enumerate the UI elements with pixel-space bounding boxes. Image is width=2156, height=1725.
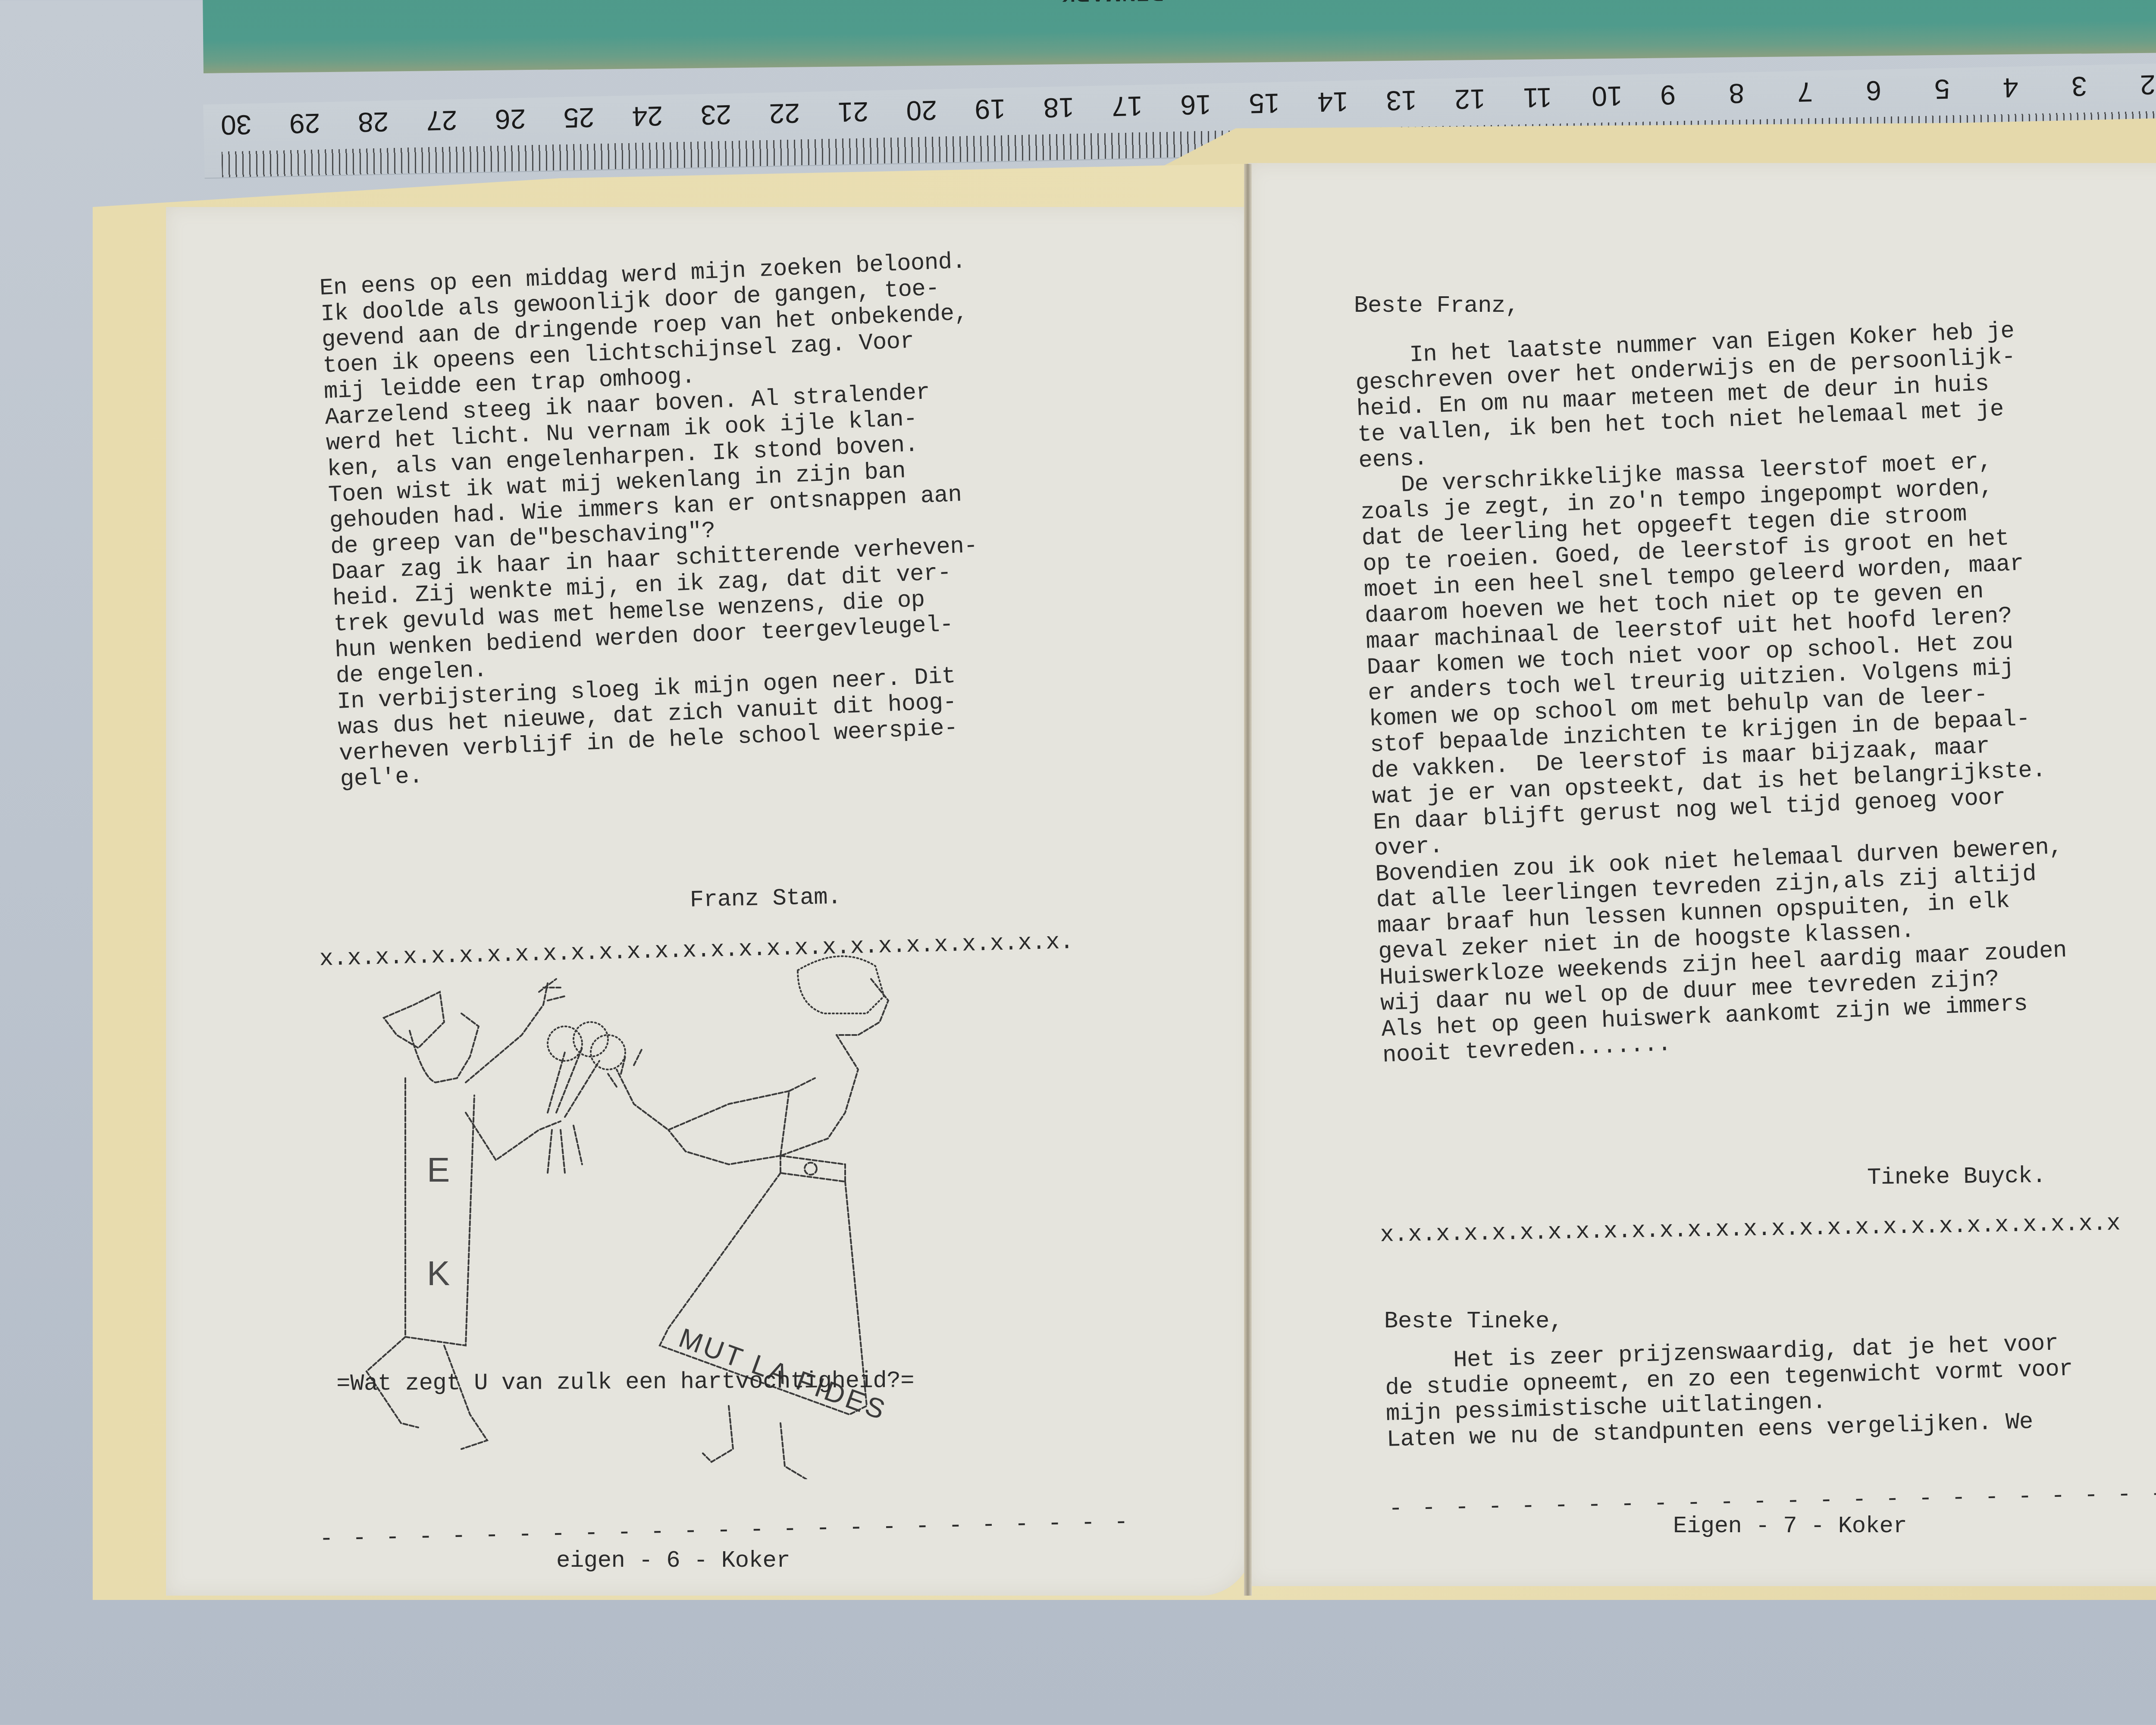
ruler-number: 15 <box>1249 87 1280 119</box>
right-page-signature: Tineke Buyck. <box>1867 1164 2046 1191</box>
svg-text:K: K <box>427 1254 450 1292</box>
right-page-footer: Eigen - 7 - Koker <box>1673 1514 1907 1540</box>
ruler-number: 23 <box>700 99 732 131</box>
ruler-number: 19 <box>975 93 1006 125</box>
ruler-number: 5 <box>1934 73 1950 106</box>
ruler-number: 30 <box>220 109 252 141</box>
ruler-number: 2 <box>2140 69 2156 101</box>
ruler-number: 18 <box>1043 91 1075 124</box>
ruler-brand-text: DENMARK <box>1061 0 1164 6</box>
svg-text:E: E <box>427 1151 450 1189</box>
ruler-number: 13 <box>1386 84 1417 116</box>
ruler-number: 16 <box>1180 88 1212 121</box>
ruler-number: 26 <box>495 103 526 135</box>
ruler-number: 28 <box>357 106 389 138</box>
ruler-number: 3 <box>2071 70 2087 103</box>
left-page-body: En eens op een middag werd mijn zoeken b… <box>319 249 987 793</box>
ruler-number: 21 <box>837 96 869 128</box>
ruler-number: 25 <box>563 101 595 134</box>
ruler-number: 11 <box>1523 82 1552 114</box>
ruler-number: 8 <box>1729 78 1745 110</box>
ruler-number: 12 <box>1454 83 1486 115</box>
ruler-number: 20 <box>906 94 937 127</box>
ruler-number: 10 <box>1592 80 1623 112</box>
ruler-number: 9 <box>1660 79 1676 111</box>
cartoon-illustration: E K MUT LA FIDES <box>358 949 1069 1479</box>
illustration-caption: =Wat zegt U van zulk een hartvochtigheid… <box>336 1368 914 1397</box>
right-page-greeting: Beste Franz, <box>1354 293 1519 319</box>
right-page-body: In het laatste nummer van Eigen Koker he… <box>1354 317 2070 1069</box>
ruler-number: 22 <box>769 97 800 129</box>
ruler-number: 14 <box>1317 86 1349 118</box>
ruler-number: 17 <box>1112 90 1143 122</box>
ruler-number: 24 <box>632 100 663 132</box>
ruler-number: 4 <box>2002 72 2018 104</box>
ruler-number: 27 <box>426 104 458 137</box>
booklet-gutter <box>1244 164 1252 1596</box>
left-page-signature: Franz Stam. <box>689 884 841 913</box>
ruler-number: 29 <box>289 107 320 140</box>
left-page-footer: eigen - 6 - Koker <box>556 1548 790 1574</box>
ruler-number: 7 <box>1797 76 1813 108</box>
ruler-green-band: DENMARK <box>203 0 2156 73</box>
ruler-number: 6 <box>1865 75 1881 107</box>
right-page-second-body: Het is zeer prijzenswaardig, dat je het … <box>1384 1330 2075 1453</box>
man-hat-icon <box>384 992 444 1048</box>
right-page-second-greeting: Beste Tineke, <box>1384 1309 1563 1335</box>
